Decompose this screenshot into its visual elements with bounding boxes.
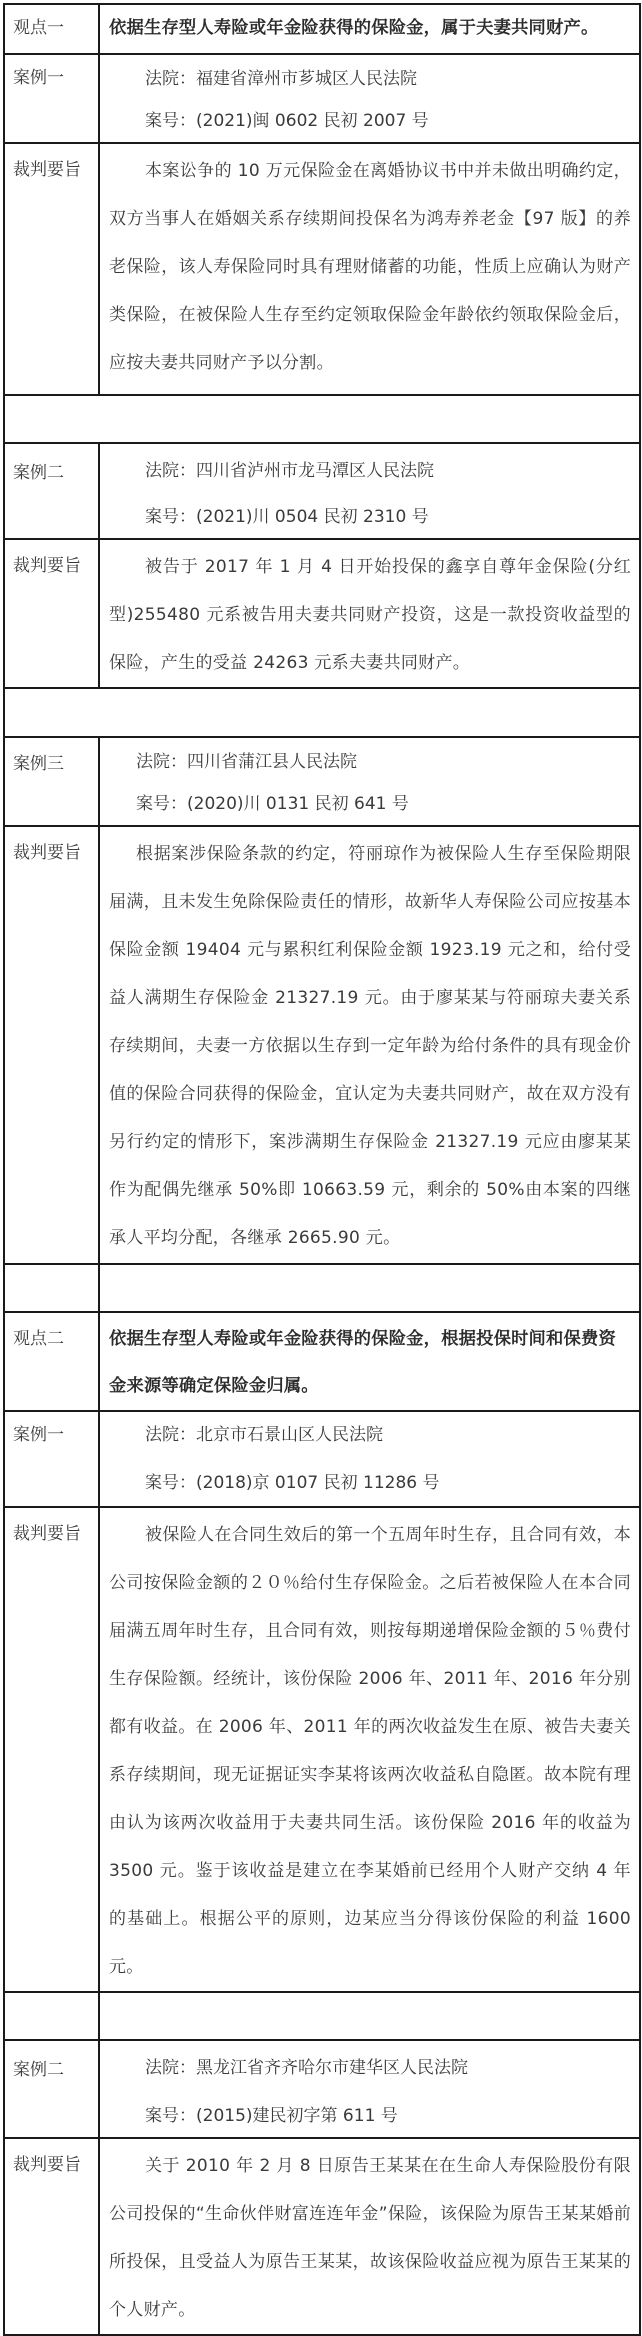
case-row: 案例二 法院：四川省泸州市龙马潭区人民法院 案号：(2021)川 0504 民初… (4, 443, 640, 539)
summary-row: 裁判要旨 根据案涉保险条款的约定，符丽琼作为被保险人生存至保险期限届满，且未发生… (4, 826, 640, 1264)
summary-row: 裁判要旨 本案讼争的 10 万元保险金在离婚协议书中并未做出明确约定，双方当事人… (4, 143, 640, 395)
court-name: 法院：四川省蒲江县人民法院 (109, 741, 631, 783)
case-number: 案号：(2015)建民初字第 611 号 (109, 2095, 631, 2137)
summary-label-cell: 裁判要旨 (4, 1507, 99, 1992)
viewpoint-title-cell: 依据生存型人寿险或年金险获得的保险金，根据投保时间和保费资金来源等确定保险金归属… (99, 1312, 640, 1411)
spacer-row (4, 688, 640, 737)
court-name: 法院：黑龙江省齐齐哈尔市建华区人民法院 (109, 2047, 631, 2089)
case-table: 观点一 依据生存型人寿险或年金险获得的保险金，属于夫妻共同财产。 案例一 法院：… (3, 3, 641, 2302)
summary-row: 裁判要旨 关于 2010 年 2 月 8 日原告王某某在在生命人寿保险股份有限公… (4, 2138, 640, 2302)
summary-label-cell: 裁判要旨 (4, 826, 99, 1264)
case-number: 案号：(2018)京 0107 民初 11286 号 (109, 1462, 631, 1504)
viewpoint-row: 观点二 依据生存型人寿险或年金险获得的保险金，根据投保时间和保费资金来源等确定保… (4, 1312, 640, 1411)
case-label: 案例一 (13, 1412, 98, 1460)
summary-text: 被保险人在合同生效后的第一个五周年时生存，且合同有效，本公司按保险金额的２０％给… (109, 1511, 631, 1991)
spacer-row (4, 1992, 640, 2040)
viewpoint-row: 观点一 依据生存型人寿险或年金险获得的保险金，属于夫妻共同财产。 (4, 4, 640, 54)
case-row: 案例一 法院：福建省漳州市芗城区人民法院 案号：(2021)闽 0602 民初 … (4, 54, 640, 143)
summary-text: 根据案涉保险条款的约定，符丽琼作为被保险人生存至保险期限届满，且未发生免除保险责… (109, 830, 631, 1262)
empty-cell (4, 1992, 99, 2040)
case-info-cell: 法院：四川省蒲江县人民法院 案号：(2020)川 0131 民初 641 号 (99, 737, 640, 826)
case-row: 案例一 法院：北京市石景山区人民法院 案号：(2018)京 0107 民初 11… (4, 1411, 640, 1507)
case-info-cell: 法院：黑龙江省齐齐哈尔市建华区人民法院 案号：(2015)建民初字第 611 号 (99, 2040, 640, 2138)
empty-cell (4, 688, 640, 737)
viewpoint-title: 依据生存型人寿险或年金险获得的保险金，属于夫妻共同财产。 (109, 5, 631, 52)
summary-cell: 本案讼争的 10 万元保险金在离婚协议书中并未做出明确约定，双方当事人在婚姻关系… (99, 143, 640, 395)
case-label: 案例三 (13, 741, 98, 789)
summary-label-cell: 裁判要旨 (4, 2138, 99, 2302)
summary-label: 裁判要旨 (13, 1511, 98, 1559)
summary-text: 本案讼争的 10 万元保险金在离婚协议书中并未做出明确约定，双方当事人在婚姻关系… (109, 147, 631, 387)
summary-text: 被告于 2017 年 1 月 4 日开始投保的鑫享自尊年金保险(分红型)2554… (109, 543, 631, 687)
empty-cell (99, 1264, 640, 1312)
case-label: 案例二 (13, 2047, 98, 2095)
empty-cell (99, 1992, 640, 2040)
case-info-cell: 法院：福建省漳州市芗城区人民法院 案号：(2021)闽 0602 民初 2007… (99, 54, 640, 143)
summary-text: 关于 2010 年 2 月 8 日原告王某某在在生命人寿保险股份有限公司投保的“… (109, 2142, 631, 2302)
summary-label: 裁判要旨 (13, 830, 98, 878)
viewpoint-label: 观点二 (13, 1316, 98, 1364)
case-info-cell: 法院：四川省泸州市龙马潭区人民法院 案号：(2021)川 0504 民初 231… (99, 443, 640, 539)
case-row: 案例二 法院：黑龙江省齐齐哈尔市建华区人民法院 案号：(2015)建民初字第 6… (4, 2040, 640, 2138)
case-label: 案例一 (13, 55, 98, 103)
summary-row: 裁判要旨 被告于 2017 年 1 月 4 日开始投保的鑫享自尊年金保险(分红型… (4, 539, 640, 688)
case-label-cell: 案例一 (4, 54, 99, 143)
viewpoint-title: 依据生存型人寿险或年金险获得的保险金，根据投保时间和保费资金来源等确定保险金归属… (109, 1316, 631, 1410)
summary-row: 裁判要旨 被保险人在合同生效后的第一个五周年时生存，且合同有效，本公司按保险金额… (4, 1507, 640, 1992)
court-name: 法院：四川省泸州市龙马潭区人民法院 (109, 450, 631, 492)
case-number: 案号：(2021)川 0504 民初 2310 号 (109, 496, 631, 538)
summary-cell: 关于 2010 年 2 月 8 日原告王某某在在生命人寿保险股份有限公司投保的“… (99, 2138, 640, 2302)
summary-label: 裁判要旨 (13, 147, 98, 195)
summary-cell: 被保险人在合同生效后的第一个五周年时生存，且合同有效，本公司按保险金额的２０％给… (99, 1507, 640, 1992)
summary-cell: 根据案涉保险条款的约定，符丽琼作为被保险人生存至保险期限届满，且未发生免除保险责… (99, 826, 640, 1264)
viewpoint-label-cell: 观点二 (4, 1312, 99, 1411)
summary-label-cell: 裁判要旨 (4, 143, 99, 395)
case-label-cell: 案例二 (4, 2040, 99, 2138)
viewpoint-title-cell: 依据生存型人寿险或年金险获得的保险金，属于夫妻共同财产。 (99, 4, 640, 54)
spacer-row (4, 1264, 640, 1312)
spacer-row (4, 395, 640, 443)
case-label: 案例二 (13, 450, 98, 498)
case-label-cell: 案例一 (4, 1411, 99, 1507)
empty-cell (4, 1264, 99, 1312)
case-info-cell: 法院：北京市石景山区人民法院 案号：(2018)京 0107 民初 11286 … (99, 1411, 640, 1507)
court-name: 法院：北京市石景山区人民法院 (109, 1414, 631, 1456)
viewpoint-label: 观点一 (13, 5, 98, 53)
empty-cell (4, 395, 640, 443)
viewpoint-label-cell: 观点一 (4, 4, 99, 54)
case-table-container: 观点一 依据生存型人寿险或年金险获得的保险金，属于夫妻共同财产。 案例一 法院：… (3, 3, 639, 2302)
summary-label: 裁判要旨 (13, 543, 98, 591)
case-number: 案号：(2021)闽 0602 民初 2007 号 (109, 100, 631, 142)
summary-label-cell: 裁判要旨 (4, 539, 99, 688)
summary-label: 裁判要旨 (13, 2142, 98, 2190)
case-label-cell: 案例二 (4, 443, 99, 539)
court-name: 法院：福建省漳州市芗城区人民法院 (109, 58, 631, 100)
case-label-cell: 案例三 (4, 737, 99, 826)
case-number: 案号：(2020)川 0131 民初 641 号 (109, 783, 631, 825)
case-row: 案例三 法院：四川省蒲江县人民法院 案号：(2020)川 0131 民初 641… (4, 737, 640, 826)
summary-cell: 被告于 2017 年 1 月 4 日开始投保的鑫享自尊年金保险(分红型)2554… (99, 539, 640, 688)
